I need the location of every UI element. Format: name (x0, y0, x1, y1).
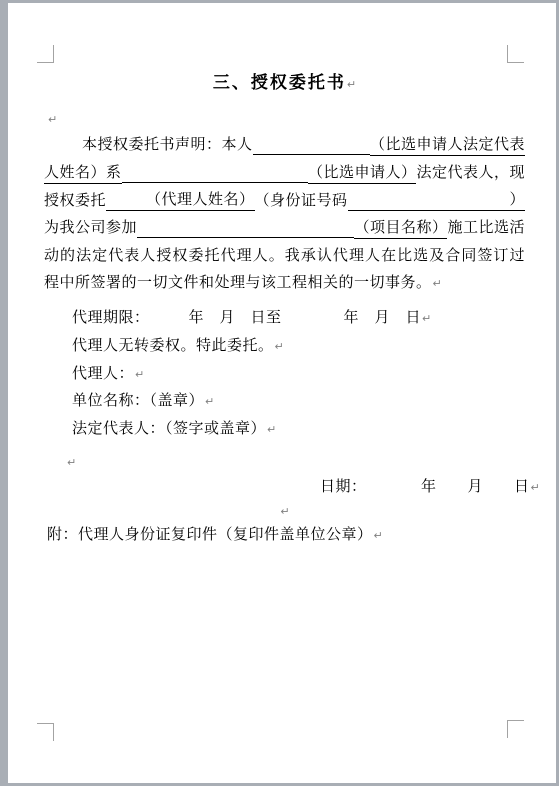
declaration-line-2: 人姓名）系（比选申请人）法定代表人，现 (44, 160, 525, 188)
text-run-underlined: （比选申请人法定代表 (370, 136, 525, 156)
declaration-line-1: 本授权委托书声明：本人（比选申请人法定代表 (44, 132, 525, 160)
agency-period-line: 代理期限： 年 月 日至 年 月 日↵ (44, 305, 525, 333)
paragraph-mark-icon: ↵ (134, 368, 144, 381)
paragraph-mark-icon: ↵ (44, 113, 57, 126)
paragraph-mark-icon: ↵ (421, 312, 431, 325)
text-run: 施工比选活 (447, 219, 525, 238)
text-run: 日期： 年 月 日 (320, 479, 530, 495)
declaration-line-3: 授权委托（代理人姓名）（身份证号码） (44, 187, 525, 215)
text-run-underlined: （代理人姓名） (146, 191, 255, 211)
date-line: 日期： 年 月 日↵ (44, 474, 525, 500)
text-run-underlined: ） (509, 191, 525, 211)
empty-paragraph: ↵ (44, 106, 525, 132)
text-run-underlined: 人姓名）系 (44, 164, 122, 184)
text-run: 代理期限： 年 月 日至 年 月 日 (72, 310, 421, 326)
bidder-name-blank (122, 164, 308, 183)
legal-representative-line: 法定代表人：（签字或盖章）↵ (44, 416, 525, 444)
title-text: 三、授权委托书 (213, 73, 346, 92)
declaration-line-4: 为我公司参加（项目名称）施工比选活 (44, 215, 525, 243)
text-run: 代理人： (72, 366, 134, 382)
paragraph-mark-icon: ↵ (66, 456, 76, 469)
crop-mark-bottom-left-icon (37, 723, 54, 741)
text-run: （身份证号码 (255, 192, 348, 211)
text-run-underlined: （项目名称） (354, 219, 447, 239)
text-run: 法定代表人，现 (416, 164, 525, 183)
empty-paragraph: ↵ (44, 500, 525, 522)
declaration-line-5: 动的法定代表人授权委托代理人。我承认代理人在比选及合同签订过 (44, 243, 525, 271)
crop-mark-top-left-icon (37, 45, 54, 63)
text-run: 附：代理人身份证复印件（复印件盖单位公章） (47, 527, 373, 543)
paragraph-mark-icon: ↵ (346, 78, 356, 91)
paragraph-mark-icon: ↵ (204, 395, 214, 408)
empty-paragraph: ↵ (44, 450, 525, 474)
declaration-line-6: 程中所签署的一切文件和处理与该工程相关的一切事务。↵ (44, 270, 525, 298)
company-name-line: 单位名称：（盖章）↵ (44, 388, 525, 416)
no-subdelegation-line: 代理人无转委权。特此委托。↵ (44, 333, 525, 361)
paragraph-mark-icon: ↵ (266, 423, 276, 436)
document-title: 三、授权委托书↵ (44, 70, 525, 98)
crop-mark-bottom-right-icon (507, 720, 524, 738)
text-run: 法定代表人：（签字或盖章） (72, 421, 266, 437)
document-page: 三、授权委托书↵ ↵ 本授权委托书声明：本人（比选申请人法定代表 人姓名）系（比… (8, 3, 556, 783)
text-run-underlined: （比选申请人） (308, 164, 417, 184)
text-run: 动的法定代表人授权委托代理人。我承认代理人在比选及合同签订过 (44, 248, 525, 264)
paragraph-mark-icon: ↵ (432, 277, 442, 290)
text-run: 本授权委托书声明：本人 (82, 136, 253, 155)
paragraph-mark-icon: ↵ (279, 505, 289, 518)
paragraph-mark-icon: ↵ (530, 481, 540, 494)
id-number-blank (348, 192, 510, 211)
text-run: 授权委托 (44, 192, 106, 211)
attachment-note-line: 附：代理人身份证复印件（复印件盖单位公章）↵ (44, 522, 525, 549)
text-run: 单位名称：（盖章） (72, 393, 204, 409)
agent-name-blank (106, 192, 146, 211)
agent-line: 代理人：↵ (44, 361, 525, 389)
text-run: 程中所签署的一切文件和处理与该工程相关的一切事务。 (44, 275, 432, 291)
paragraph-mark-icon: ↵ (373, 529, 383, 542)
paragraph-mark-icon: ↵ (274, 340, 284, 353)
crop-mark-top-right-icon (507, 45, 524, 63)
project-name-blank (137, 219, 354, 238)
text-run: 为我公司参加 (44, 219, 137, 238)
applicant-name-blank (253, 136, 370, 155)
document-content: 三、授权委托书↵ ↵ 本授权委托书声明：本人（比选申请人法定代表 人姓名）系（比… (44, 70, 525, 549)
text-run: 代理人无转委权。特此委托。 (72, 338, 274, 354)
